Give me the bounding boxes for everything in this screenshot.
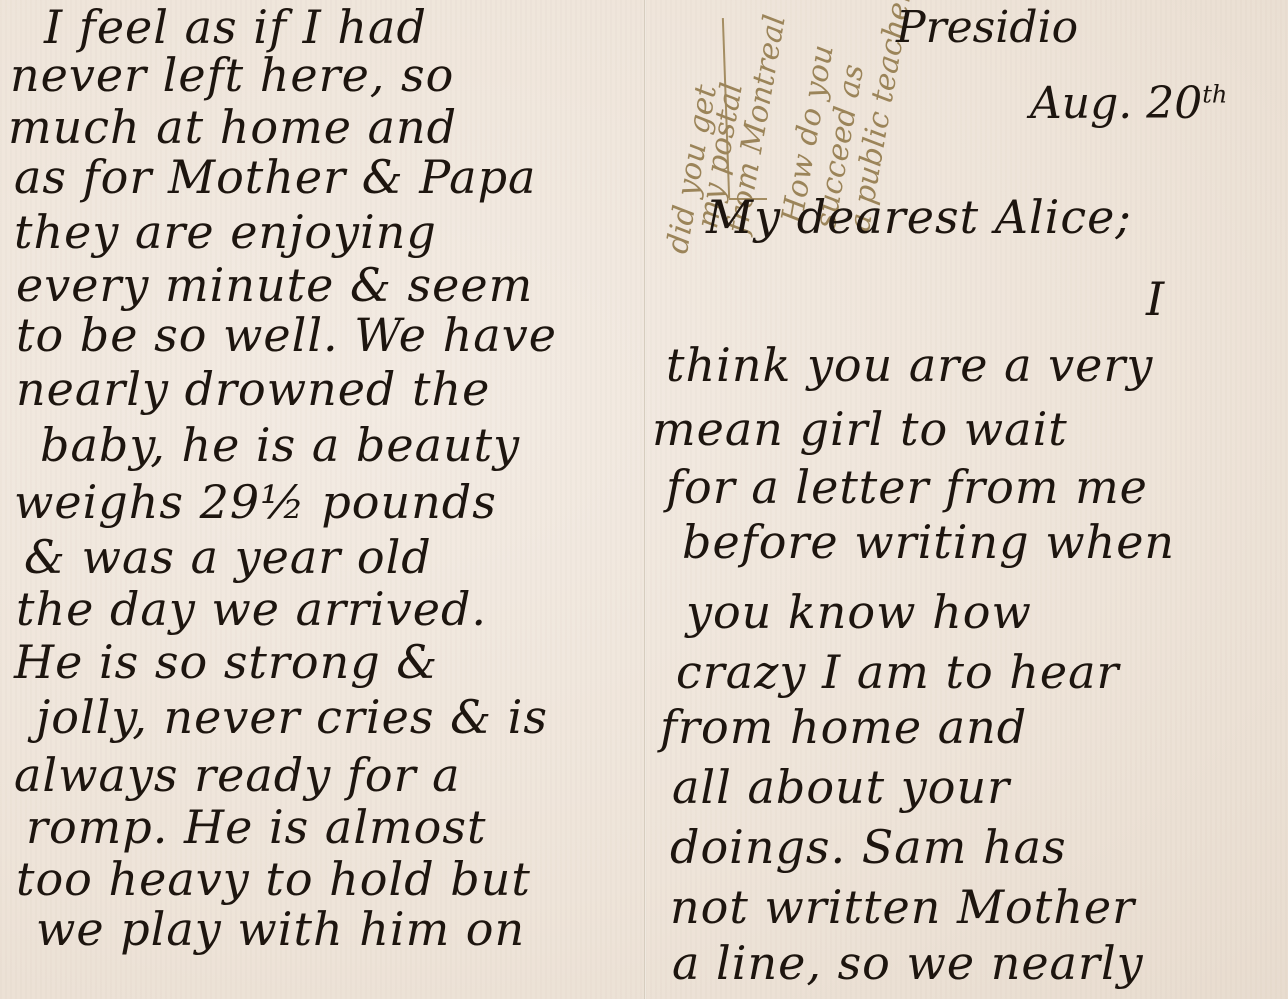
- letter-place: Presidio: [896, 2, 1078, 53]
- left-line-13: He is so strong &: [14, 635, 438, 689]
- right-line-4: for a letter from me: [666, 460, 1148, 514]
- right-line-3: mean girl to wait: [652, 402, 1068, 456]
- left-line-6: every minute & seem: [16, 258, 533, 312]
- right-line-6: you know how: [686, 585, 1032, 639]
- left-line-9: baby, he is a beauty: [40, 418, 520, 472]
- right-line-7: crazy I am to hear: [676, 645, 1120, 699]
- right-line-11: not written Mother: [670, 880, 1135, 934]
- right-page: Presidio Aug. 20th My dearest Alice; I t…: [646, 0, 1288, 999]
- left-line-12: the day we arrived.: [16, 582, 487, 636]
- right-line-8: from home and: [660, 700, 1027, 754]
- letter-scan: I feel as if I had never left here, so m…: [0, 0, 1288, 999]
- right-line-9: all about your: [672, 760, 1010, 814]
- right-line-12: a line, so we nearly: [672, 936, 1144, 990]
- left-line-4: as for Mother & Papa: [14, 150, 536, 204]
- right-line-10: doings. Sam has: [670, 820, 1067, 874]
- left-line-2: never left here, so: [10, 48, 454, 102]
- salutation: My dearest Alice;: [706, 190, 1132, 244]
- left-line-11: & was a year old: [24, 530, 432, 584]
- left-line-5: they are enjoying: [14, 205, 437, 259]
- left-line-16: romp. He is almost: [26, 800, 486, 854]
- left-line-10: weighs 29½ pounds: [14, 475, 497, 529]
- right-line-2: think you are a very: [666, 338, 1153, 392]
- left-line-17: too heavy to hold but: [16, 852, 531, 906]
- letter-date: Aug. 20th: [1030, 78, 1227, 129]
- right-line-1: I: [1146, 272, 1165, 326]
- left-page: I feel as if I had never left here, so m…: [0, 0, 644, 999]
- letter-date-suffix: th: [1202, 80, 1227, 108]
- left-line-3: much at home and: [8, 100, 457, 154]
- left-line-14: jolly, never cries & is: [36, 690, 548, 744]
- letter-date-text: Aug. 20: [1030, 78, 1202, 129]
- right-line-5: before writing when: [682, 515, 1175, 569]
- left-line-18: we play with him on: [36, 902, 525, 956]
- left-line-8: nearly drowned the: [16, 362, 490, 416]
- left-line-1: I feel as if I had: [44, 0, 427, 54]
- left-line-15: always ready for a: [14, 748, 461, 802]
- left-line-7: to be so well. We have: [16, 308, 557, 362]
